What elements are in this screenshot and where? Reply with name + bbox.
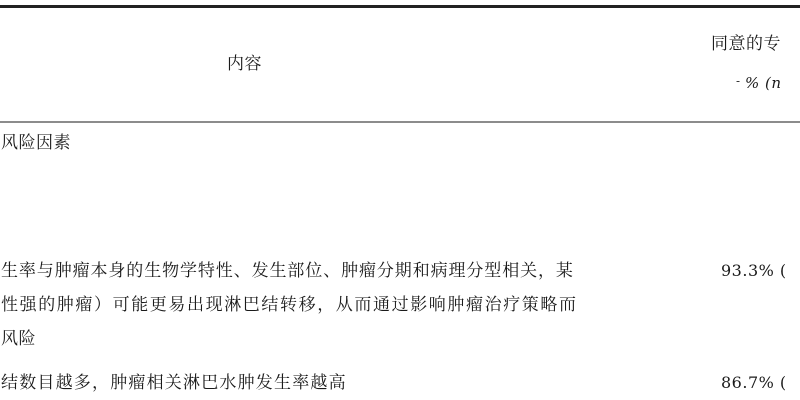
header-agree-line2: % (n [745,73,782,93]
row-text-line: 风险 [1,329,36,349]
header-content: 内容 [227,54,262,74]
header-agree-line1: 同意的专 [711,34,781,54]
row-text-line: 性强的肿瘤）可能更易出现淋巴结转移，从而通过影响肿瘤治疗策略而 [1,295,578,315]
row-agree-value: 86.7% ( [721,373,787,393]
header-agree-mark: - [736,71,741,91]
header-rule [0,121,800,123]
section-title: 风险因素 [1,133,71,153]
row-text-line: 生率与肿瘤本身的生物学特性、发生部位、肿瘤分期和病理分型相关，某 [1,261,574,281]
table-top-rule [0,5,800,8]
row-agree-value: 93.3% ( [721,261,787,281]
row-text-line: 结数目越多，肿瘤相关淋巴水肿发生率越高 [1,373,347,393]
